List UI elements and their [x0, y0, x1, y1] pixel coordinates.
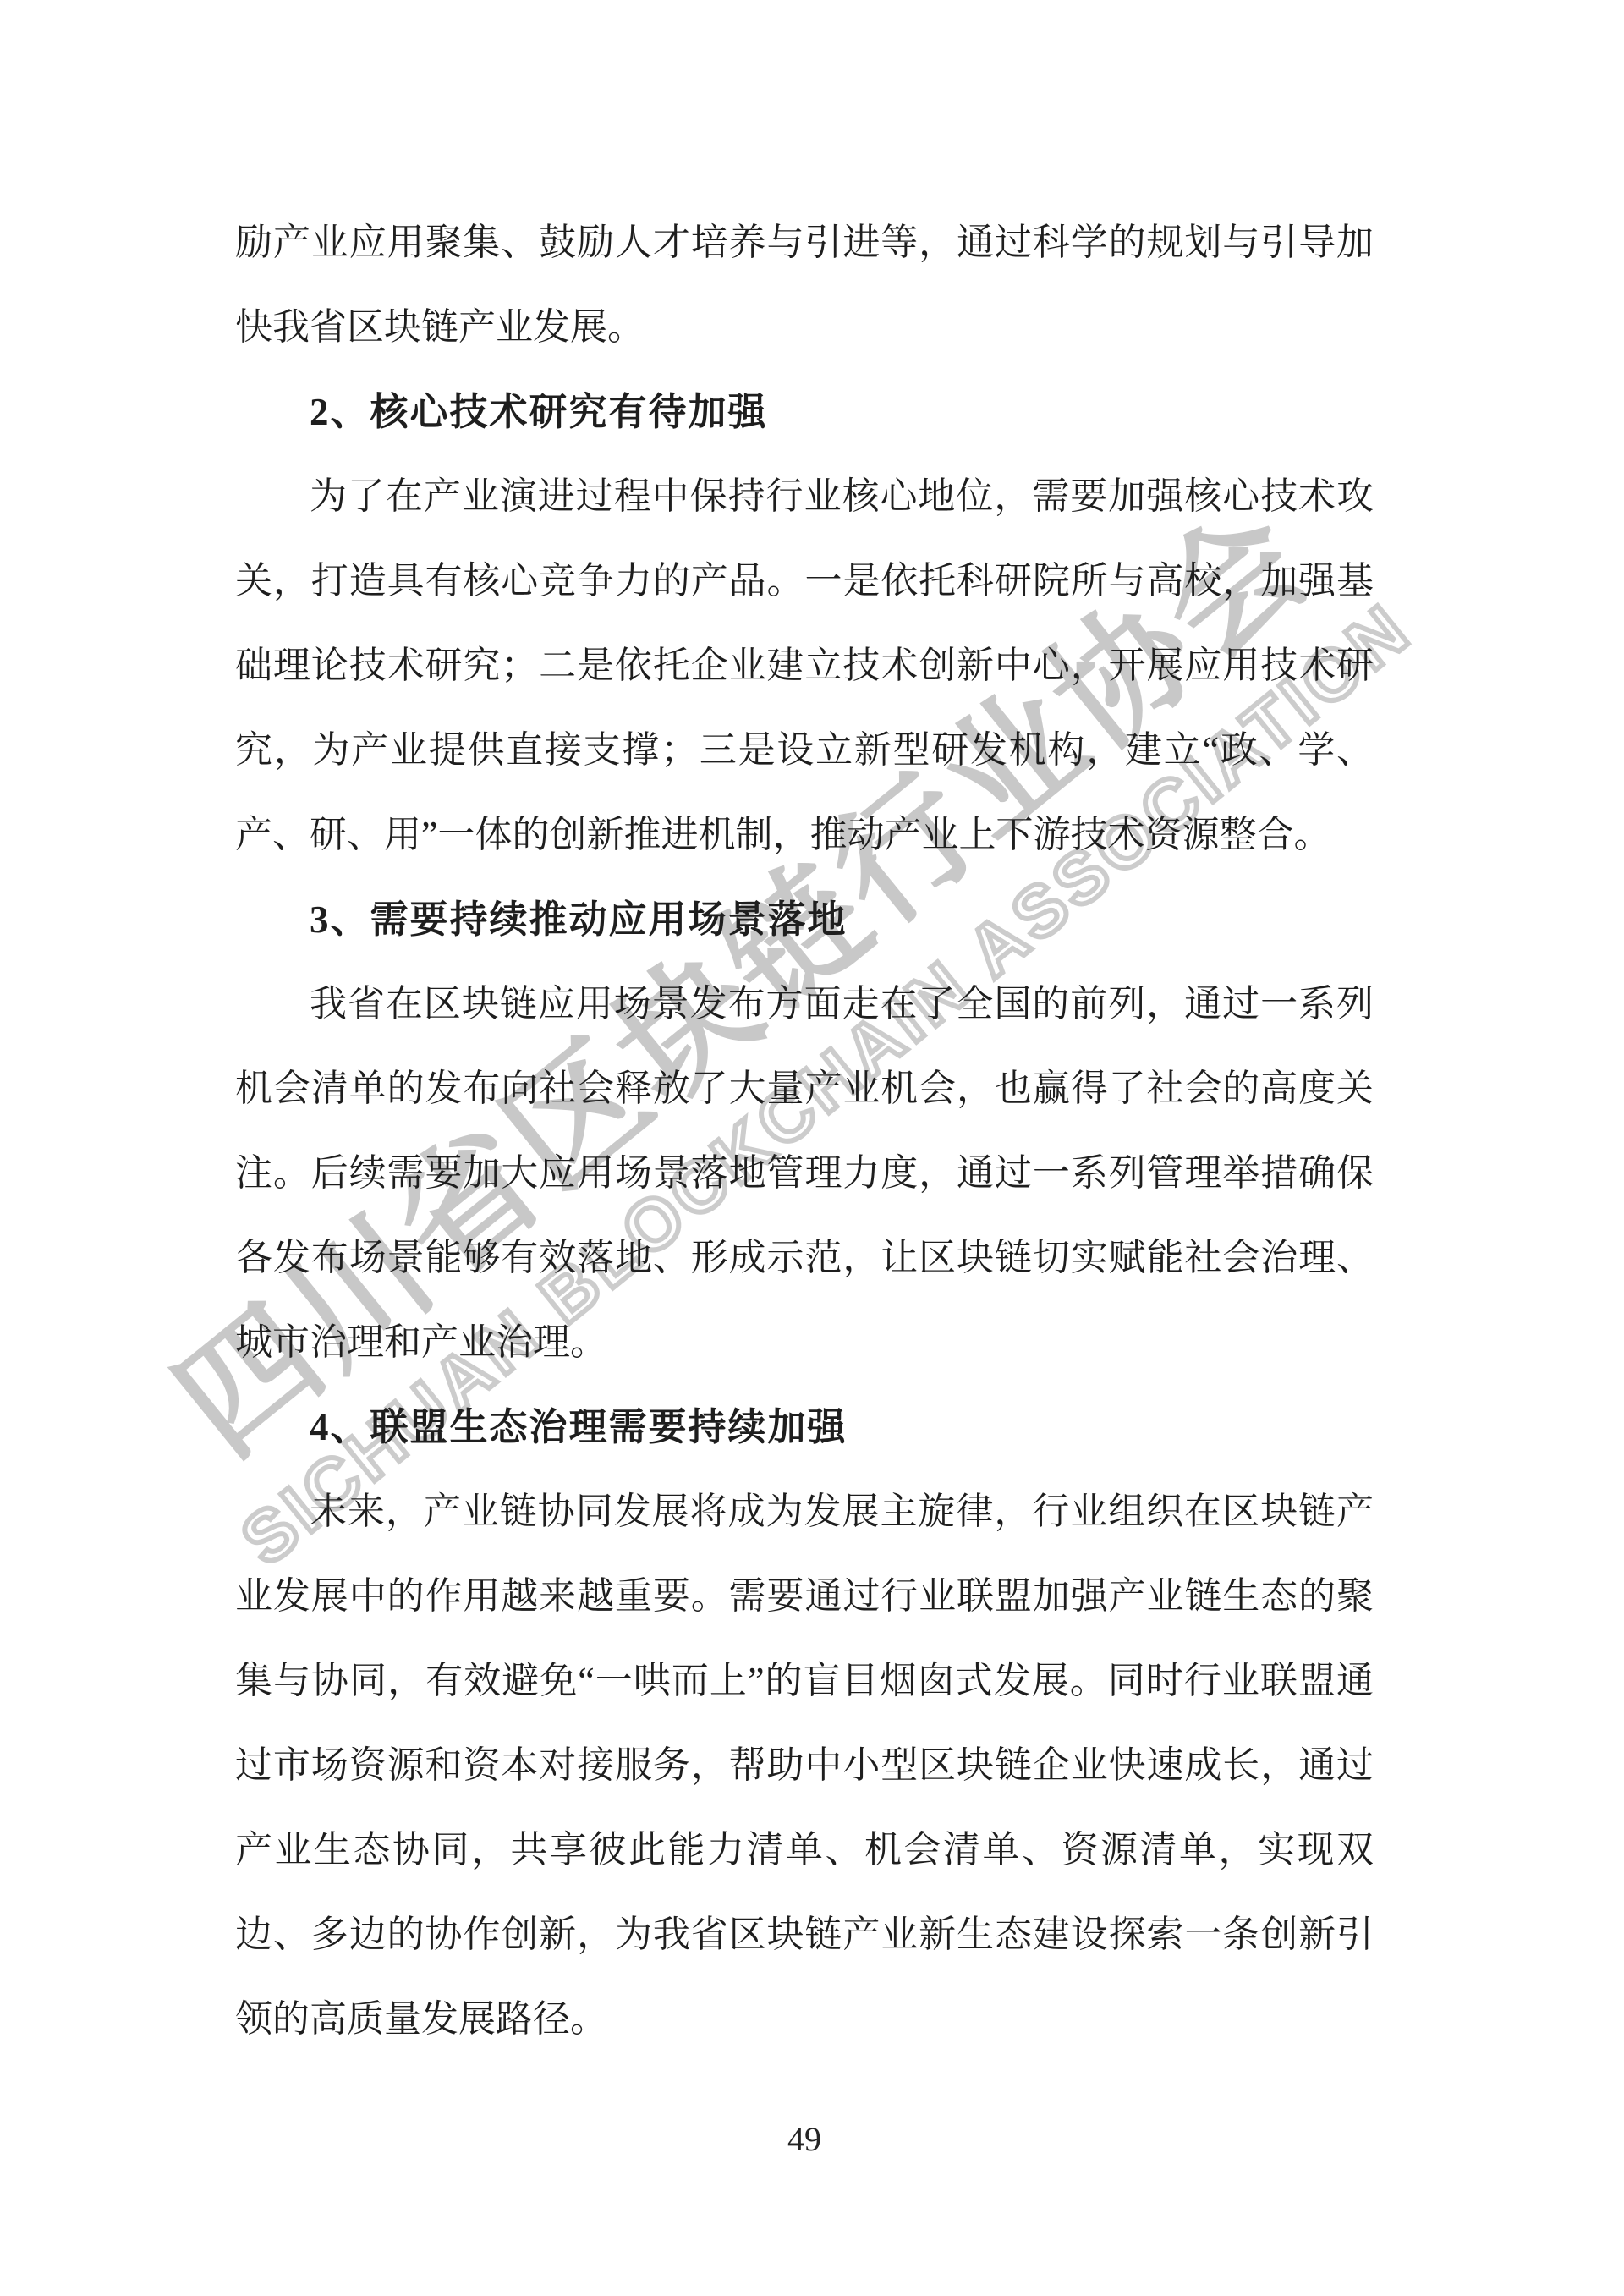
document-body: 励产业应用聚集、鼓励人才培养与引进等，通过科学的规划与引导加快我省区块链产业发展… [235, 200, 1374, 2062]
section-heading-2: 2、核心技术研究有待加强 [235, 370, 1374, 454]
section-heading-3: 3、需要持续推动应用场景落地 [235, 877, 1374, 962]
document-page: 四川省区块链行业协会 SICHUAN BLOCKCHAIN ASSOCIATIO… [0, 0, 1624, 2296]
body-paragraph: 我省在区块链应用场景发布方面走在了全国的前列，通过一系列机会清单的发布向社会释放… [235, 962, 1374, 1385]
body-paragraph-continuation: 励产业应用聚集、鼓励人才培养与引进等，通过科学的规划与引导加快我省区块链产业发展… [235, 200, 1374, 370]
body-paragraph: 未来，产业链协同发展将成为发展主旋律，行业组织在区块链产业发展中的作用越来越重要… [235, 1469, 1374, 2062]
page-number: 49 [235, 2119, 1374, 2159]
section-heading-4: 4、联盟生态治理需要持续加强 [235, 1385, 1374, 1469]
body-paragraph: 为了在产业演进过程中保持行业核心地位，需要加强核心技术攻关，打造具有核心竞争力的… [235, 454, 1374, 877]
